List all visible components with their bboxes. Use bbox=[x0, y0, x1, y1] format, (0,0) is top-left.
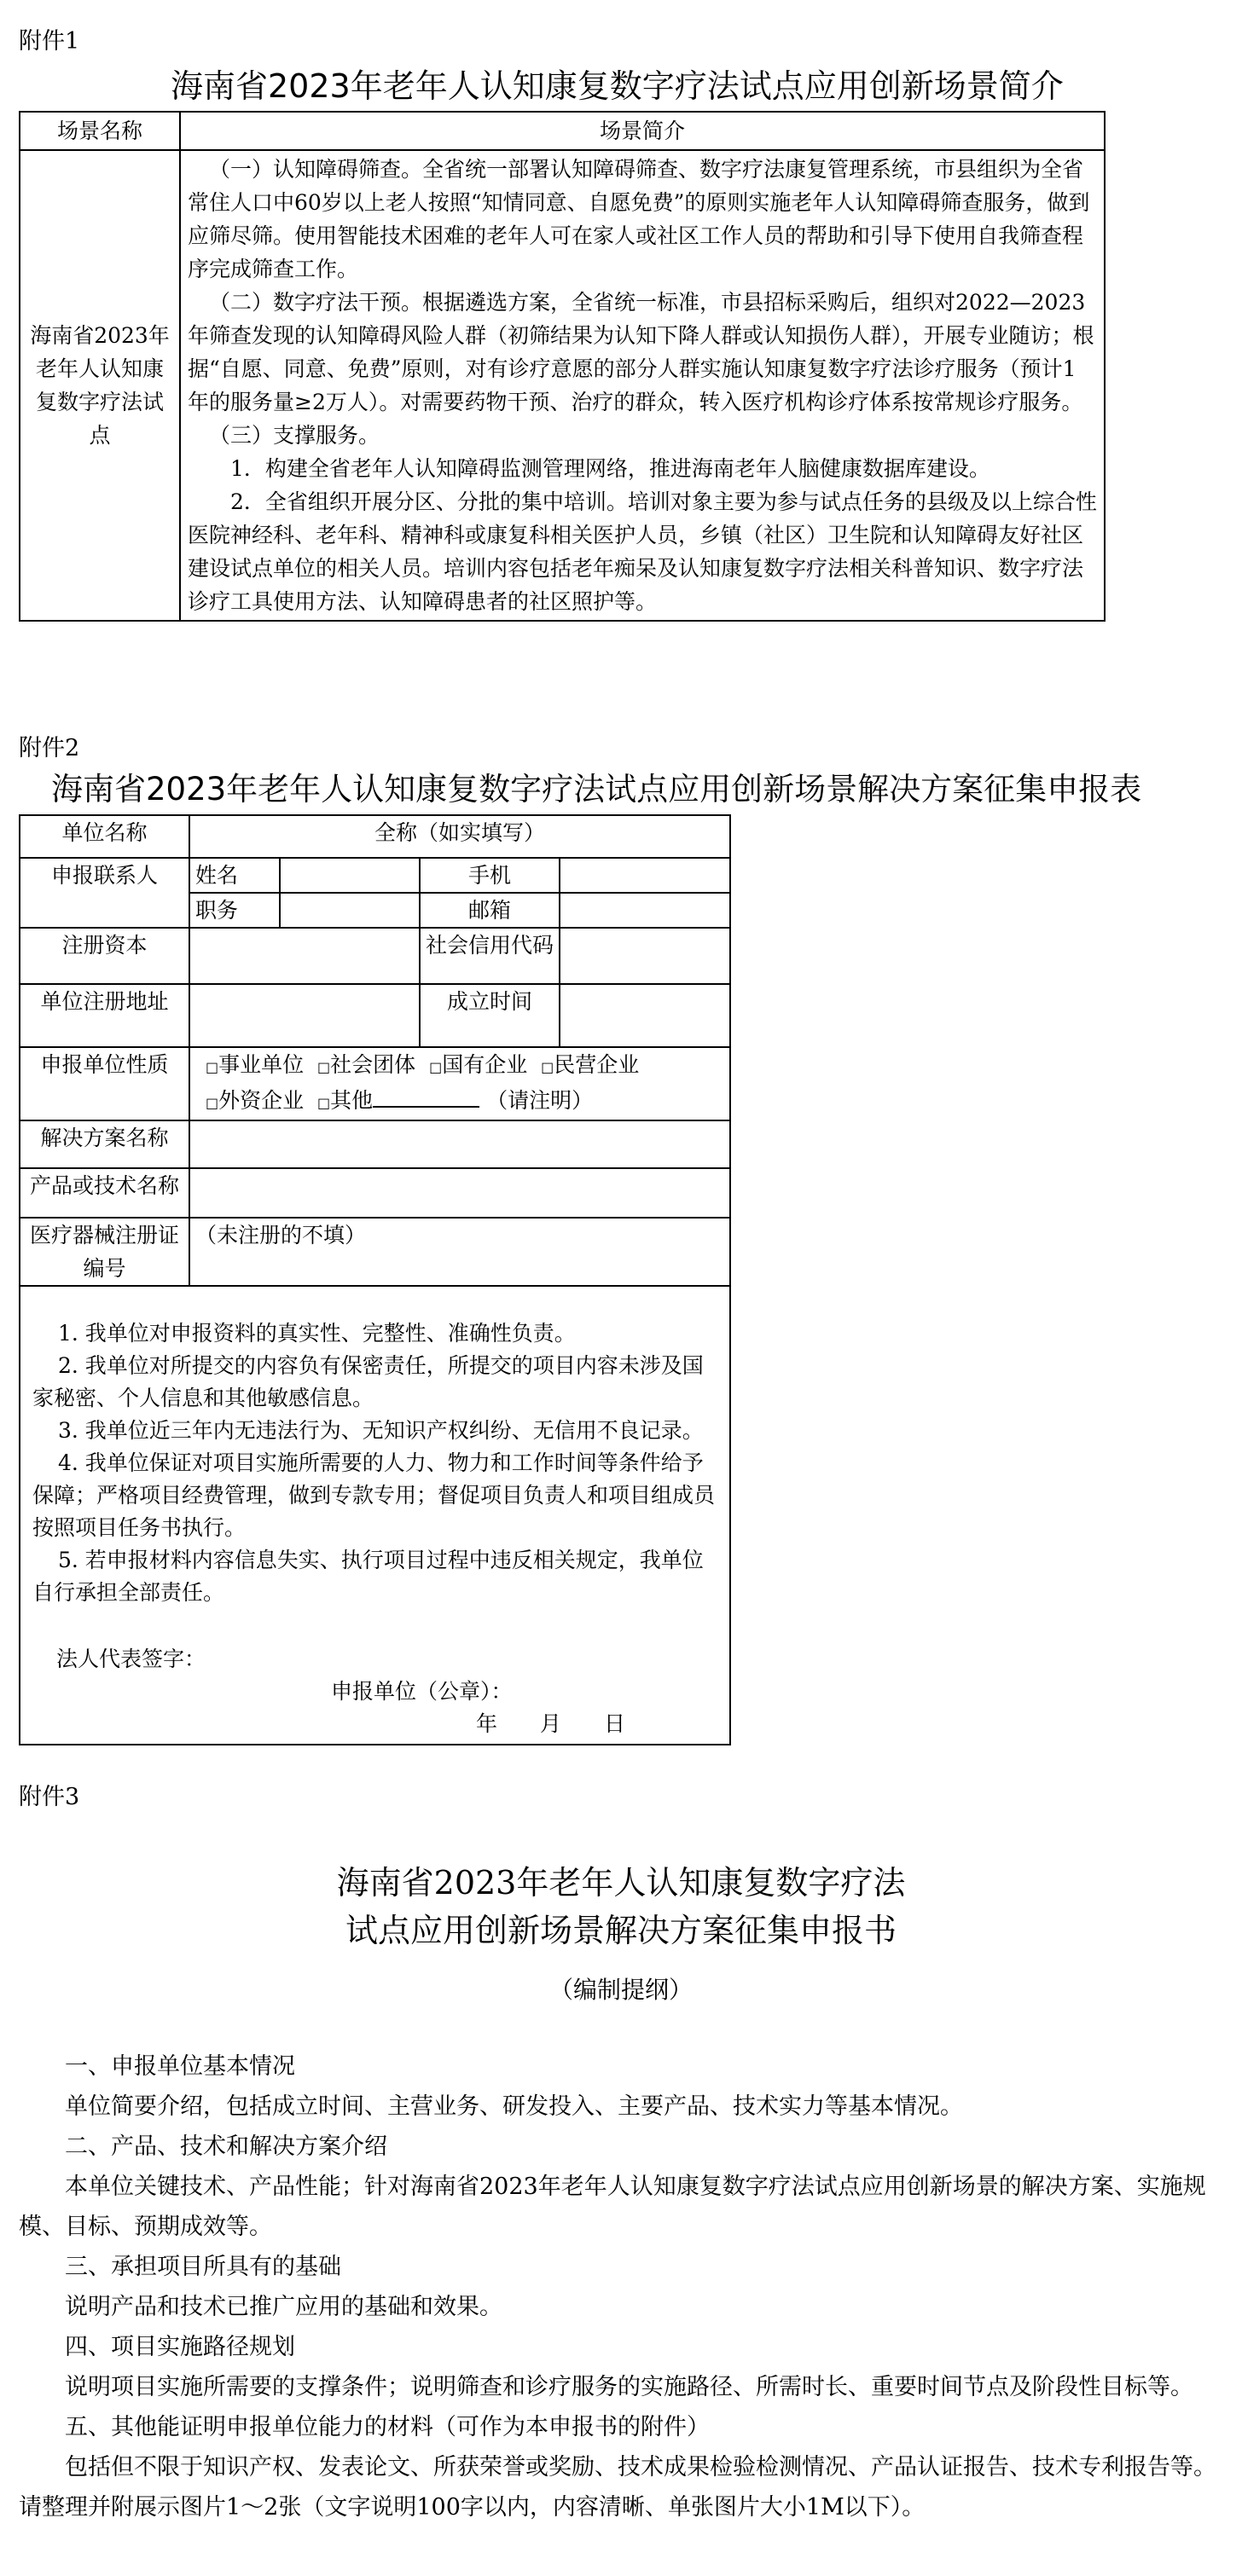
nature-option[interactable]: □民营企业 bbox=[541, 1052, 639, 1077]
annex3-title: 海南省2023年老年人认知康复数字疗法 试点应用创新场景解决方案征集申报书 （编… bbox=[0, 1859, 1242, 2014]
annex2-label: 附件2 bbox=[19, 729, 79, 762]
unit-seal[interactable]: 申报单位（公章）： bbox=[32, 1676, 717, 1708]
intro-paragraph: 1．构建全省老年人认知障碍监测管理网络，推进海南老年人脑健康数据库建设。 bbox=[188, 452, 1097, 485]
nature-option[interactable]: □国有企业 bbox=[429, 1052, 527, 1077]
annex2-title: 海南省2023年老年人认知康复数字疗法试点应用创新场景解决方案征集申报表 bbox=[51, 763, 1141, 809]
checkbox-icon: □ bbox=[206, 1059, 218, 1075]
declaration-item: 2. 我单位对所提交的内容负有保密责任，所提交的项目内容未涉及国家秘密、个人信息… bbox=[32, 1350, 717, 1415]
section-heading: 三、承担项目所具有的基础 bbox=[19, 2247, 1230, 2287]
section-heading: 二、产品、技术和解决方案介绍 bbox=[19, 2127, 1230, 2167]
address-label: 单位注册地址 bbox=[20, 984, 189, 1047]
solution-field[interactable] bbox=[189, 1120, 730, 1168]
contact-label: 申报联系人 bbox=[20, 858, 189, 928]
application-form: 单位名称 全称（如实填写） 申报联系人 姓名 手机 职务 邮箱 注册资本 社会信… bbox=[19, 814, 731, 1745]
section-heading: 一、申报单位基本情况 bbox=[19, 2046, 1230, 2087]
scene-intro-cell: （一）认知障碍筛查。全省统一部署认知障碍筛查、数字疗法康复管理系统，市县组织为全… bbox=[180, 150, 1105, 621]
other-blank[interactable] bbox=[373, 1084, 479, 1108]
section-heading: 四、项目实施路径规划 bbox=[19, 2327, 1230, 2367]
product-label: 产品或技术名称 bbox=[20, 1168, 189, 1218]
device-field[interactable]: （未注册的不填） bbox=[189, 1218, 730, 1286]
credit-code-field[interactable] bbox=[560, 928, 730, 984]
header-scene-name: 场景名称 bbox=[20, 112, 180, 150]
annex3-subtitle: （编制提纲） bbox=[0, 1966, 1242, 2014]
credit-code-label: 社会信用代码 bbox=[420, 928, 560, 984]
checkbox-icon: □ bbox=[206, 1095, 218, 1111]
section-heading: 五、其他能证明申报单位能力的材料（可作为本申报书的附件） bbox=[19, 2407, 1230, 2447]
established-label: 成立时间 bbox=[420, 984, 560, 1047]
name-field[interactable] bbox=[280, 858, 420, 893]
established-field[interactable] bbox=[560, 984, 730, 1047]
header-scene-intro: 场景简介 bbox=[180, 112, 1105, 150]
checkbox-icon: □ bbox=[317, 1059, 330, 1075]
other-note: （请注明） bbox=[486, 1088, 593, 1113]
nature-option[interactable]: □社会团体 bbox=[317, 1052, 415, 1077]
annex1-label: 附件1 bbox=[19, 22, 79, 55]
section-body: 单位简要介绍，包括成立时间、主营业务、研发投入、主要产品、技术实力等基本情况。 bbox=[19, 2087, 1230, 2127]
nature-option[interactable]: □外资企业 bbox=[206, 1088, 304, 1113]
annex3-label: 附件3 bbox=[19, 1778, 79, 1811]
capital-label: 注册资本 bbox=[20, 928, 189, 984]
checkbox-icon: □ bbox=[317, 1095, 330, 1111]
section-body: 包括但不限于知识产权、发表论文、所获荣誉或奖励、技术成果检验检测情况、产品认证报… bbox=[19, 2447, 1230, 2527]
nature-option[interactable]: □其他 bbox=[317, 1088, 373, 1113]
checkbox-icon: □ bbox=[429, 1059, 442, 1075]
position-label: 职务 bbox=[189, 893, 280, 928]
unit-name-label: 单位名称 bbox=[20, 815, 189, 858]
declaration-item: 1. 我单位对申报资料的真实性、完整性、准确性负责。 bbox=[32, 1317, 717, 1350]
sign-date[interactable]: 年 月 日 bbox=[32, 1708, 717, 1740]
intro-paragraph: （三）支撑服务。 bbox=[188, 419, 1097, 452]
declaration-item: 3. 我单位近三年内无违法行为、无知识产权纠纷、无信用不良记录。 bbox=[32, 1415, 717, 1447]
scene-name-cell: 海南省2023年老年人认知康复数字疗法试点 bbox=[20, 150, 180, 621]
email-field[interactable] bbox=[560, 893, 730, 928]
device-label: 医疗器械注册证编号 bbox=[20, 1218, 189, 1286]
legal-rep-signature[interactable]: 法人代表签字： bbox=[32, 1643, 717, 1676]
declaration-item: 5. 若申报材料内容信息失实、执行项目过程中违反相关规定，我单位自行承担全部责任… bbox=[32, 1544, 717, 1609]
checkbox-icon: □ bbox=[541, 1059, 554, 1075]
name-label: 姓名 bbox=[189, 858, 280, 893]
address-field[interactable] bbox=[189, 984, 420, 1047]
product-field[interactable] bbox=[189, 1168, 730, 1218]
annex3-title-line2: 试点应用创新场景解决方案征集申报书 bbox=[0, 1907, 1242, 1954]
section-body: 说明产品和技术已推广应用的基础和效果。 bbox=[19, 2287, 1230, 2327]
phone-field[interactable] bbox=[560, 858, 730, 893]
intro-paragraph: （二）数字疗法干预。根据遴选方案，全省统一标准，市县招标采购后，组织对2022—… bbox=[188, 286, 1097, 419]
phone-label: 手机 bbox=[420, 858, 560, 893]
declaration-cell: 1. 我单位对申报资料的真实性、完整性、准确性负责。 2. 我单位对所提交的内容… bbox=[20, 1286, 730, 1745]
section-body: 本单位关键技术、产品性能；针对海南省2023年老年人认知康复数字疗法试点应用创新… bbox=[19, 2167, 1230, 2247]
capital-field[interactable] bbox=[189, 928, 420, 984]
unit-name-field[interactable]: 全称（如实填写） bbox=[189, 815, 730, 858]
position-field[interactable] bbox=[280, 893, 420, 928]
email-label: 邮箱 bbox=[420, 893, 560, 928]
annex3-title-line1: 海南省2023年老年人认知康复数字疗法 bbox=[0, 1859, 1242, 1907]
solution-label: 解决方案名称 bbox=[20, 1120, 189, 1168]
scene-table: 场景名称 场景简介 海南省2023年老年人认知康复数字疗法试点 （一）认知障碍筛… bbox=[19, 111, 1106, 622]
nature-options: □事业单位 □社会团体 □国有企业 □民营企业 □外资企业 □其他 （请注明） bbox=[189, 1047, 730, 1120]
intro-paragraph: 2．全省组织开展分区、分批的集中培训。培训对象主要为参与试点任务的县级及以上综合… bbox=[188, 485, 1097, 618]
section-body: 说明项目实施所需要的支撑条件；说明筛查和诊疗服务的实施路径、所需时长、重要时间节… bbox=[19, 2367, 1230, 2407]
intro-paragraph: （一）认知障碍筛查。全省统一部署认知障碍筛查、数字疗法康复管理系统，市县组织为全… bbox=[188, 153, 1097, 286]
nature-option[interactable]: □事业单位 bbox=[206, 1052, 304, 1077]
declaration-item: 4. 我单位保证对项目实施所需要的人力、物力和工作时间等条件给予保障；严格项目经… bbox=[32, 1447, 717, 1544]
annex1-title: 海南省2023年老年人认知康复数字疗法试点应用创新场景简介 bbox=[171, 60, 1064, 107]
nature-label: 申报单位性质 bbox=[20, 1047, 189, 1120]
annex3-outline: 一、申报单位基本情况 单位简要介绍，包括成立时间、主营业务、研发投入、主要产品、… bbox=[19, 2046, 1230, 2527]
